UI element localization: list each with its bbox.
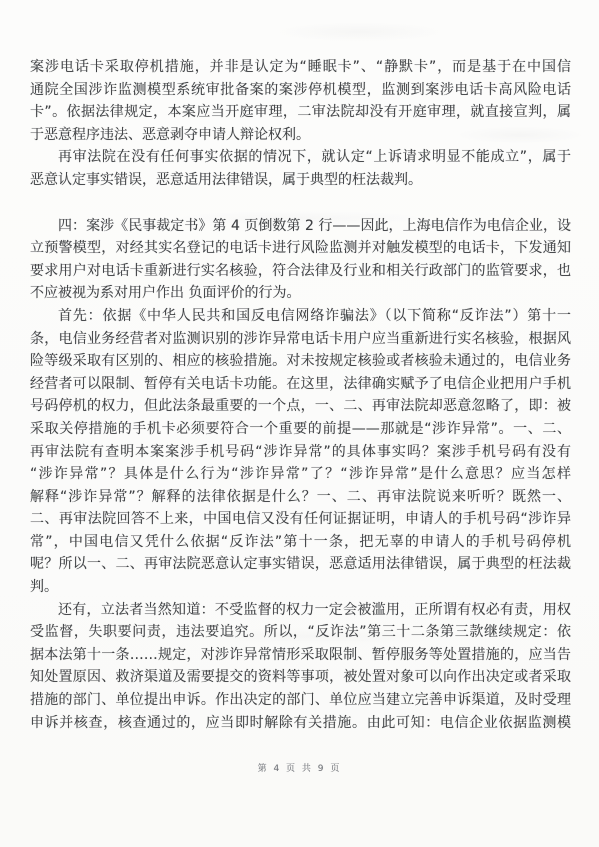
scanned-document-page: 案涉电话卡采取停机措施，并非是认定为“睡眠卡”、“静默卡”，而是基于在中国信通院… (0, 0, 599, 847)
text-line: 判。 (30, 576, 571, 599)
text-line: 经营者可以限制、暂停有关电话卡功能。在这里，法律确实赋予了电信企业把用户手机 (30, 373, 571, 396)
text-line: 据本法第十一条……规定，对涉诈异常情形采取限制、暂停服务等处置措施的，应当告 (30, 644, 571, 667)
text-line: 二、再审法院回答不上来，中国电信又没有任何证据证明，申请人的手机号码“涉诈异 (30, 508, 571, 531)
text-line: 知处置原因、救济渠道及需要提交的资料等事项，被处置对象可以向作出决定或者采取 (30, 666, 571, 689)
text-line: 险等级采取有区别的、相应的核验措施。对未按规定核验或者核验未通过的，电信业务 (30, 350, 571, 373)
text-line: 条，电信业务经营者对监测识别的涉诈异常电话卡用户应当重新进行实名核验，根据风 (30, 328, 571, 351)
paragraph: 四：案涉《民事裁定书》第 4 页倒数第 2 行——因此，上海电信作为电信企业，设… (30, 215, 571, 305)
document-body: 案涉电话卡采取停机措施，并非是认定为“睡眠卡”、“静默卡”，而是基于在中国信通院… (30, 56, 571, 734)
text-line: 立预警模型，对经其实名登记的电话卡进行风险监测并对触发模型的电话卡，下发通知 (30, 237, 571, 260)
text-line: 呢？所以一、二、再审法院恶意认定事实错误，恶意适用法律错误，属于典型的枉法裁 (30, 553, 571, 576)
text-line: 通院全国涉诈监测模型系统审批备案的案涉停机模型，监测到案涉电话卡高风险电话 (30, 79, 571, 102)
text-line: “涉诈异常”？具体是什么行为“涉诈异常”了？“涉诈异常”是什么意思？应当怎样 (30, 463, 571, 486)
paragraph: 案涉电话卡采取停机措施，并非是认定为“睡眠卡”、“静默卡”，而是基于在中国信通院… (30, 56, 571, 146)
text-line: 卡”。依据法律规定，本案应当开庭审理，二审法院却没有开庭审理，就直接宣判，属 (30, 101, 571, 124)
text-line: 首先：依据《中华人民共和国反电信网络诈骗法》（以下简称“反诈法”）第十一 (30, 305, 571, 328)
text-line: 解释“涉诈异常”？解释的法律依据是什么？一、二、再审法院说来听听？既然一、 (30, 486, 571, 509)
paragraph: 再审法院在没有任何事实依据的情况下，就认定“上诉请求明显不能成立”，属于恶意认定… (30, 146, 571, 191)
text-line: 恶意认定事实错误，恶意适用法律错误，属于典型的枉法裁判。 (30, 169, 571, 192)
text-line: 申诉并核查，核查通过的，应当即时解除有关措施。由此可知：电信企业依据监测模 (30, 712, 571, 735)
text-line: 不应被视为系对用户作出 负面评价的行为。 (30, 282, 571, 305)
text-line: 还有，立法者当然知道：不受监督的权力一定会被滥用，正所谓有权必有责，用权 (30, 599, 571, 622)
paragraph: 首先：依据《中华人民共和国反电信网络诈骗法》（以下简称“反诈法”）第十一条，电信… (30, 305, 571, 599)
text-line: 号码停机的权力，但此法条最重要的一个点，一、二、再审法院却恶意忽略了，即：被 (30, 395, 571, 418)
text-line: 四：案涉《民事裁定书》第 4 页倒数第 2 行——因此，上海电信作为电信企业，设 (30, 215, 571, 238)
text-line: 常”，中国电信又凭什么依据“反诈法”第十一条，把无辜的申请人的手机号码停机 (30, 531, 571, 554)
page-footer: 第 4 页 共 9 页 (0, 756, 599, 775)
text-line: 再审法院有查明本案案涉手机号码“涉诈异常”的具体事实吗？案涉手机号码有没有 (30, 441, 571, 464)
text-line: 案涉电话卡采取停机措施，并非是认定为“睡眠卡”、“静默卡”，而是基于在中国信 (30, 56, 571, 79)
text-line: 采取关停措施的手机卡必须要符合一个重要的前提——那就是“涉诈异常”。一、二、 (30, 418, 571, 441)
text-line: 要求用户对电话卡重新进行实名核验，符合法律及行业和相关行政部门的监管要求，也 (30, 260, 571, 283)
text-line: 措施的部门、单位提出申诉。作出决定的部门、单位应当建立完善申诉渠道，及时受理 (30, 689, 571, 712)
page-number-label: 第 4 页 共 9 页 (258, 764, 342, 774)
text-line: 于恶意程序违法、恶意剥夺申请人辩论权利。 (30, 124, 571, 147)
paragraph: 还有，立法者当然知道：不受监督的权力一定会被滥用，正所谓有权必有责，用权受监督，… (30, 599, 571, 735)
text-line: 受监督，失职要问责，违法要追究。所以，“反诈法”第三十二条第三款继续规定：依 (30, 621, 571, 644)
text-line: 再审法院在没有任何事实依据的情况下，就认定“上诉请求明显不能成立”，属于 (30, 146, 571, 169)
